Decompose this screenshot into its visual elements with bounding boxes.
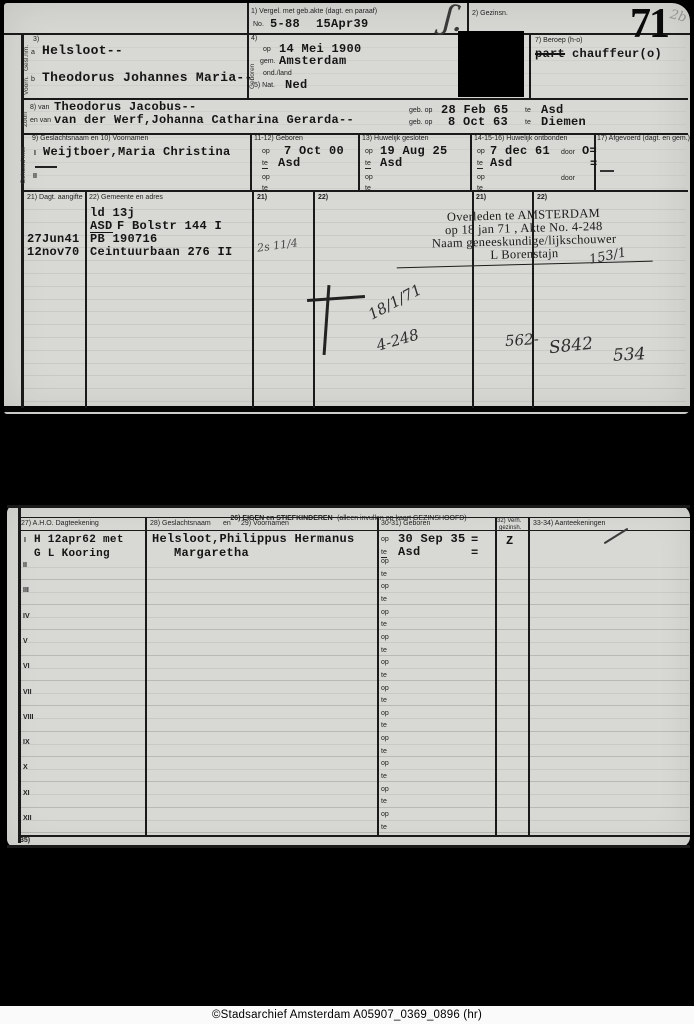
guide-line (22, 388, 686, 389)
guide-line (22, 299, 686, 300)
op-label: op (381, 811, 389, 819)
guide-line (19, 794, 689, 795)
guide-line (19, 769, 689, 770)
te-label: te (381, 697, 387, 705)
guide-line (22, 124, 686, 125)
op-label: op (381, 609, 389, 617)
op-label: op (381, 659, 389, 667)
te-label: te (381, 773, 387, 781)
field3a-label: a (31, 49, 35, 57)
op-label: op (381, 583, 389, 591)
guide-line (22, 247, 686, 248)
guide-line (19, 642, 689, 643)
handwritten-death-date: 18/1/71 (365, 280, 425, 323)
guide-line (22, 47, 686, 48)
reg-address-column-label: 22) Gemeente en adres (89, 194, 163, 202)
field4-label: 4) (251, 35, 257, 43)
op-label: op (381, 760, 389, 768)
surname-vertical-label: Gesl.nm. (23, 45, 30, 71)
grid-line (4, 33, 690, 35)
given-names: Theodorus Johannes Maria-- (42, 72, 253, 84)
guide-line (22, 149, 686, 150)
spouse-dash (35, 166, 57, 168)
te-label: te (381, 647, 387, 655)
te-label: te (381, 672, 387, 680)
te-label: te (381, 722, 387, 730)
redaction-box (458, 31, 524, 97)
guide-line (22, 273, 686, 274)
occupation-struck-word: part (535, 48, 565, 60)
guide-line (19, 567, 689, 568)
col22-label: 22) (537, 194, 547, 202)
row-divider (19, 731, 689, 732)
guide-line (22, 111, 686, 112)
children-card: 26) EIGEN en STIEFKINDEREN (alleen invul… (7, 505, 690, 847)
op-label: op (381, 634, 389, 642)
door-label: door (561, 175, 575, 183)
op-label: op (381, 710, 389, 718)
occupation-value: chauffeur(o) (572, 48, 662, 60)
row-divider (19, 655, 689, 656)
grid-line (529, 33, 531, 98)
handwritten-col21-note: 2s 11/4 (256, 236, 298, 255)
card-bottom-edge (4, 406, 690, 412)
grid-line (467, 3, 469, 33)
guide-line (22, 73, 686, 74)
te-label: te (365, 185, 371, 193)
row-divider (19, 680, 689, 681)
birth-cert-number: 5-88 (270, 18, 300, 30)
col21-label: 21) (476, 194, 486, 202)
guide-line (22, 222, 686, 223)
te-label: te (381, 571, 387, 579)
spouse-name: Weijtboer,Maria Christina (43, 146, 231, 158)
field3-label: 3) (33, 36, 39, 44)
scanned-archive-page: { "page": { "caption": "©Stadsarchief Am… (0, 0, 694, 1024)
guide-line (19, 617, 689, 618)
occupation-label: 7) Beroep (h-o) (535, 37, 582, 45)
corner-pencil-mark: 2b (668, 7, 688, 26)
guide-line (19, 668, 689, 669)
guide-line (19, 693, 689, 694)
guide-line (22, 260, 686, 261)
row-divider (19, 604, 689, 605)
te-label: te (381, 798, 387, 806)
guide-line (22, 85, 686, 86)
field35-label: 35) (20, 837, 30, 845)
guide-line (19, 820, 689, 821)
guide-line (22, 162, 686, 163)
row-divider (19, 832, 689, 833)
te-label: te (381, 621, 387, 629)
row-divider (19, 629, 689, 630)
mother-birth-place: Diemen (541, 116, 586, 128)
row-divider (19, 781, 689, 782)
removed-dash (600, 170, 614, 172)
te-label: te (262, 185, 268, 193)
person-card: 1) Vergel. met geb.akte (dagt. en paraaf… (4, 3, 690, 414)
handwritten-code: 562- (504, 330, 539, 350)
ondland-label: ond./land (263, 70, 292, 78)
col21-label: 21) (257, 194, 267, 202)
verification-date: 15Apr39 (316, 18, 369, 30)
field3b-label: b (31, 76, 35, 84)
field1-label: 1) Vergel. met geb.akte (dagt. en paraaf… (251, 8, 377, 16)
guide-line (22, 98, 686, 99)
op-label: op (381, 735, 389, 743)
guide-line (22, 401, 686, 402)
guide-line (22, 209, 686, 210)
row-divider (19, 807, 689, 808)
guide-line (22, 375, 686, 376)
reg-date-column-label: 21) Dagt. aangifte (27, 194, 83, 202)
birth-place: Amsterdam (279, 55, 347, 67)
equals-mark: = (590, 158, 598, 170)
col22-label: 22) (318, 194, 328, 202)
row-divider (19, 579, 689, 580)
guide-line (19, 744, 689, 745)
te-label: te (477, 185, 483, 193)
guide-line (19, 718, 689, 719)
guide-line (22, 175, 686, 176)
marriage-numeral-1: I (34, 150, 36, 158)
grid-line (21, 190, 688, 192)
guide-line (22, 311, 686, 312)
op-label: op (381, 685, 389, 693)
field2-label: 2) Gezinsn. (472, 10, 508, 18)
guide-line (22, 324, 686, 325)
te-label: te (381, 596, 387, 604)
card-page-number: 71 (630, 6, 668, 42)
gehuwd-met-vertical-label: Gehuwd met (20, 147, 27, 184)
archive-caption: ©Stadsarchief Amsterdam A05907_0369_0896… (212, 1009, 482, 1021)
guide-line (22, 286, 686, 287)
guide-line (22, 363, 686, 364)
op-label: op (381, 558, 389, 566)
guide-line (19, 592, 689, 593)
grid-line (247, 3, 249, 33)
te-label: te (381, 748, 387, 756)
guide-line (22, 188, 686, 189)
divorce-by: O= (582, 145, 597, 157)
row-divider (19, 705, 689, 706)
guide-line (22, 337, 686, 338)
cross-mark (323, 285, 330, 355)
te-label: te (381, 824, 387, 832)
guide-line (22, 60, 686, 61)
mother-birth-date: 8 Oct 63 (448, 116, 508, 128)
guide-line (22, 235, 686, 236)
children-rows: IIopteIIIopteIVopteVopteVIopteVIIopteVII… (7, 505, 690, 847)
caption-strip: ©Stadsarchief Amsterdam A05907_0369_0896… (0, 1006, 694, 1024)
row-divider (19, 756, 689, 757)
no-label: No. (253, 21, 264, 29)
guide-line (22, 350, 686, 351)
guide-line (22, 137, 686, 138)
op-label: op (381, 786, 389, 794)
